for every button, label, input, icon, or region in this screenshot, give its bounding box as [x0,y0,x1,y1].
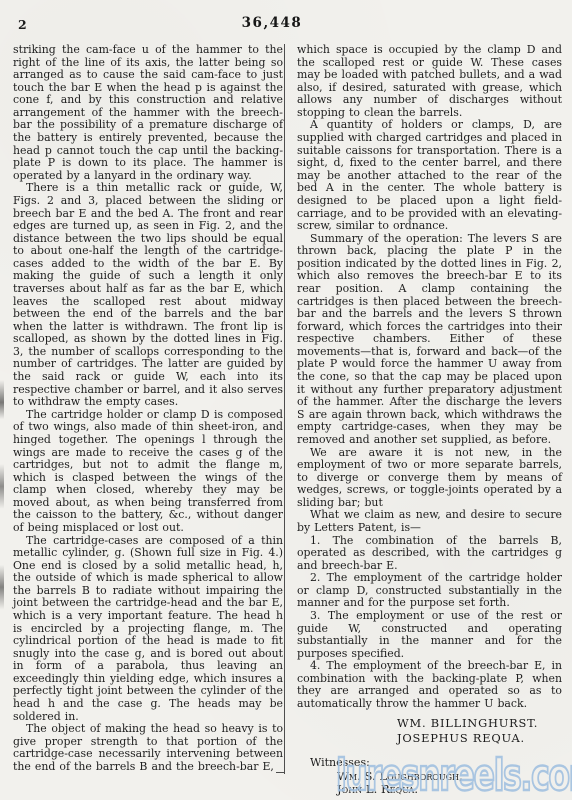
body-paragraph: A quantity of holders or clamps, D, are … [297,119,562,232]
left-column: striking the cam-face u of the hammer to… [13,44,283,774]
body-paragraph: Summary of the operation: The levers S a… [297,233,562,447]
claim-2: 2. The employment of the cartridge holde… [297,572,562,610]
claim-1: 1. The combination of the barrels B, ope… [297,535,562,573]
right-column: which space is occupied by the clamp D a… [297,44,562,797]
witness-name: John L. Requa. [337,783,562,797]
witnesses-block: Witnesses: Wm. S. Loughborough, John L. … [297,756,562,797]
body-paragraph: What we claim as new, and desire to secu… [297,509,562,534]
body-paragraph: The cartridge holder or clamp D is compo… [13,409,283,535]
witnesses-heading: Witnesses: [310,756,562,769]
claim-3: 3. The employment or use of the rest or … [297,610,562,660]
patent-number-header: 36,448 [0,15,544,31]
claim-4: 4. The employment of the breech-bar E, i… [297,660,562,710]
body-paragraph: The object of making the head so heavy i… [13,723,283,773]
signature-block: WM. BILLINGHURST. JOSEPHUS REQUA. [397,716,562,747]
signature-name: JOSEPHUS REQUA. [397,731,562,747]
body-paragraph: striking the cam-face u of the hammer to… [13,44,283,182]
body-paragraph: We are aware it is not new, in the emplo… [297,447,562,510]
body-paragraph: which space is occupied by the clamp D a… [297,44,562,119]
body-paragraph: The cartridge-cases are composed of a th… [13,535,283,724]
witness-name: Wm. S. Loughborough, [337,770,562,784]
signature-name: WM. BILLINGHURST. [397,716,562,732]
body-paragraph: There is a thin metallic rack or guide, … [13,182,283,408]
column-divider-rule [284,44,285,774]
scan-edge-artifact [0,380,4,660]
patent-document-page: 2 36,448 striking the cam-face u of the … [0,0,572,800]
